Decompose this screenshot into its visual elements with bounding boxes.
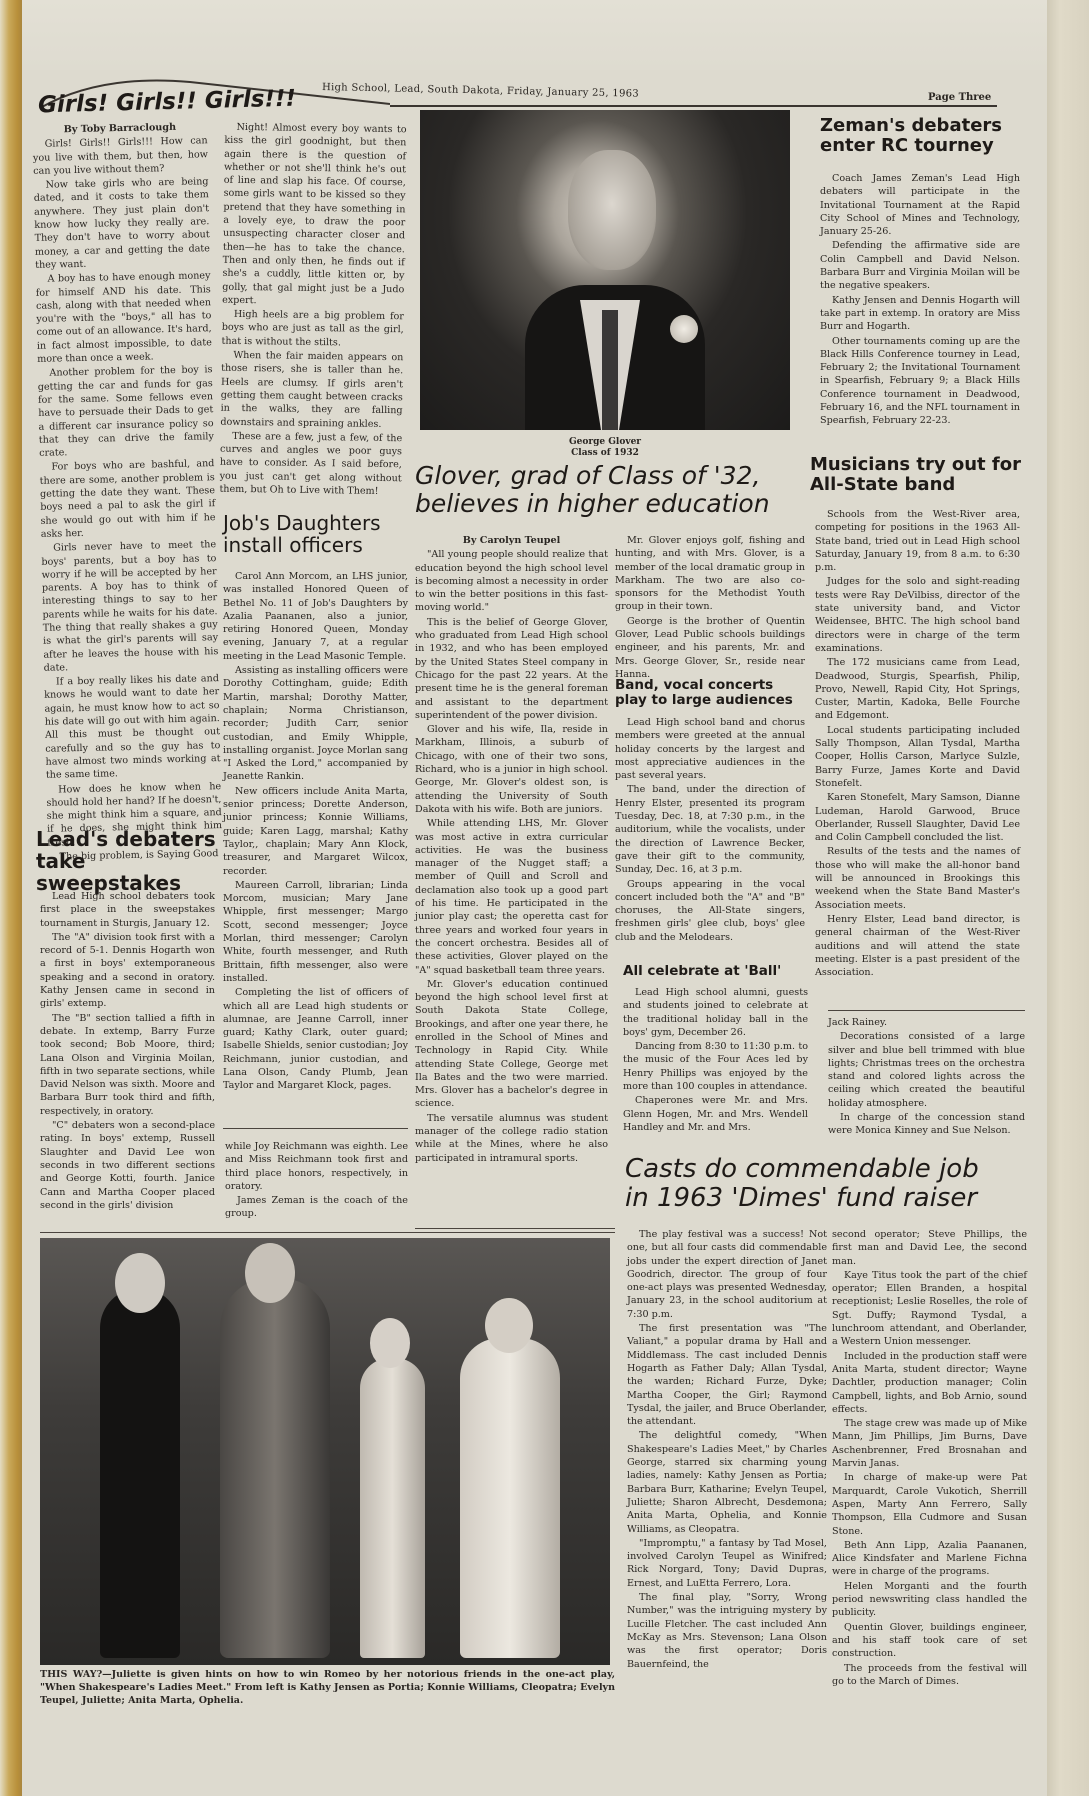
paragraph: Groups appearing in the vocal concert in…: [615, 878, 805, 944]
paragraph: Local students participating included Sa…: [815, 724, 1020, 790]
caption-lead: THIS WAY?: [40, 1669, 102, 1680]
paragraph: The stage crew was made up of Mike Mann,…: [832, 1417, 1027, 1470]
paragraph: Glover and his wife, Ila, reside in Mark…: [415, 723, 608, 816]
paragraph: Mr. Glover enjoys golf, fishing and hunt…: [615, 534, 805, 614]
paragraph: Dancing from 8:30 to 11:30 p.m. to the m…: [623, 1040, 808, 1093]
paragraph: Another problem for the boy is getting t…: [37, 364, 214, 461]
glover-headline-line-1: Glover, grad of Class of '32,: [415, 462, 815, 490]
paragraph: Helen Morganti and the fourth period new…: [832, 1580, 1027, 1620]
caption-class: Class of 1932: [540, 448, 670, 459]
paragraph: Results of the tests and the names of th…: [815, 845, 1020, 911]
paragraph: second operator; Steve Phillips, the fir…: [832, 1228, 1027, 1268]
paragraph: In charge of make-up were Pat Marquardt,…: [832, 1471, 1027, 1537]
paragraph: Night! Almost every boy wants to kiss th…: [222, 121, 407, 310]
jobs-daughters-body: Carol Ann Morcom, an LHS junior, was ins…: [223, 570, 408, 1094]
debaters-sweepstakes-column-2: while Joy Reichmann was eighth. Lee and …: [225, 1140, 408, 1222]
paragraph: "All young people should realize that ed…: [415, 548, 608, 614]
glover-byline: By Carolyn Teupel: [415, 534, 608, 547]
paragraph: Included in the production staff were An…: [832, 1350, 1027, 1416]
paragraph: Quentin Glover, buildings engineer, and …: [832, 1621, 1027, 1661]
girls-column-2: Night! Almost every boy wants to kiss th…: [219, 121, 406, 500]
paragraph: Kaye Titus took the part of the chief op…: [832, 1269, 1027, 1349]
paragraph: The first presentation was "The Valiant,…: [627, 1322, 827, 1428]
girls-column-1: By Toby Barraclough Girls! Girls!! Girls…: [32, 120, 222, 865]
paragraph: James Zeman is the coach of the group.: [225, 1194, 408, 1221]
casts-column-2: second operator; Steve Phillips, the fir…: [832, 1228, 1027, 1689]
paragraph: Kathy Jensen and Dennis Hogarth will tak…: [820, 294, 1020, 334]
section-divider: [828, 1010, 1025, 1011]
paragraph: Carol Ann Morcom, an LHS junior, was ins…: [223, 570, 408, 663]
glover-column-1: By Carolyn Teupel "All young people shou…: [415, 534, 608, 1166]
paragraph: The final play, "Sorry, Wrong Number," w…: [627, 1591, 827, 1671]
band-vocal-body: Lead High school band and chorus members…: [615, 716, 805, 945]
glover-photo-caption: George Glover Class of 1932: [540, 437, 670, 459]
paragraph: Now take girls who are being dated, and …: [33, 175, 210, 272]
page-top-margin: [22, 0, 1049, 70]
caption-name: George Glover: [540, 437, 670, 448]
zeman-debaters-headline: Zeman's debaters enter RC tourney: [820, 116, 1030, 156]
paragraph: High heels are a big problem for boys wh…: [221, 308, 404, 350]
figure-head: [485, 1298, 533, 1353]
paragraph: Girls never have to meet the boys' paren…: [41, 538, 219, 675]
paragraph: Karen Stonefelt, Mary Samson, Dianne Lud…: [815, 791, 1020, 844]
masthead-rule: [390, 105, 997, 107]
band-vocal-headline: Band, vocal concerts play to large audie…: [615, 678, 805, 708]
casts-column-1: The play festival was a success! Not one…: [627, 1228, 827, 1672]
zeman-debaters-body: Coach James Zeman's Lead High debaters w…: [820, 172, 1020, 429]
paragraph: Chaperones were Mr. and Mrs. Glenn Hogen…: [623, 1094, 808, 1134]
paragraph: Decorations consisted of a large silver …: [828, 1030, 1025, 1110]
section-divider: [40, 1232, 615, 1233]
paragraph: The "A" division took first with a recor…: [40, 931, 215, 1011]
paragraph: The band, under the direction of Henry E…: [615, 783, 805, 876]
ball-body: Lead High school alumni, guests and stud…: [623, 986, 808, 1135]
figure-head: [245, 1243, 295, 1303]
caption-text: —Juliette is given hints on how to win R…: [40, 1669, 615, 1706]
casts-headline: Casts do commendable job in 1963 'Dimes'…: [625, 1155, 1035, 1212]
paragraph: The delightful comedy, "When Shakespeare…: [627, 1429, 827, 1535]
paragraph: The "B" section tallied a fifth in debat…: [40, 1012, 215, 1118]
boutonniere-flower: [670, 315, 698, 343]
paragraph: Judges for the solo and sight-reading te…: [815, 575, 1020, 655]
figure-konnie-williams-robe: [220, 1278, 330, 1658]
paragraph: Completing the list of officers of which…: [223, 986, 408, 1092]
paragraph: "Impromptu," a fantasy by Tad Mosel, inv…: [627, 1537, 827, 1590]
figure-kathy-jensen: [100, 1288, 180, 1658]
adjacent-page-edge: [1047, 0, 1089, 1796]
figure-head: [370, 1318, 410, 1368]
paragraph: Other tournaments coming up are the Blac…: [820, 335, 1020, 428]
paragraph: Coach James Zeman's Lead High debaters w…: [820, 172, 1020, 238]
musicians-body: Schools from the West-River area, compet…: [815, 508, 1020, 980]
ball-headline: All celebrate at 'Ball': [623, 964, 813, 979]
casts-headline-line-1: Casts do commendable job: [625, 1155, 1035, 1184]
paragraph: Beth Ann Lipp, Azalia Paananen, Alice Ki…: [832, 1539, 1027, 1579]
paragraph: Lead High school band and chorus members…: [615, 716, 805, 782]
ball-body-continued: Jack Rainey. Decorations consisted of a …: [828, 1016, 1025, 1139]
section-divider: [223, 1128, 408, 1129]
figure-evelyn-teupel-dress: [360, 1358, 425, 1658]
glover-headline: Glover, grad of Class of '32, believes i…: [415, 462, 815, 517]
paragraph: The play festival was a success! Not one…: [627, 1228, 827, 1321]
tie-shape: [602, 310, 618, 430]
paragraph: The 172 musicians came from Lead, Deadwo…: [815, 656, 1020, 722]
paragraph: Assisting as installing officers were Do…: [223, 664, 408, 784]
paragraph: This is the belief of George Glover, who…: [415, 616, 608, 722]
play-cast-photo: [40, 1238, 610, 1665]
paragraph: George is the brother of Quentin Glover,…: [615, 615, 805, 681]
paragraph: Lead High school debaters took first pla…: [40, 890, 215, 930]
paragraph: New officers include Anita Marta, senior…: [223, 785, 408, 878]
paragraph: These are a few, just a few, of the curv…: [219, 430, 402, 499]
paragraph: When the fair maiden appears on those ri…: [220, 349, 403, 431]
paragraph: Mr. Glover's education continued beyond …: [415, 978, 608, 1111]
debaters-sweepstakes-column-1: Lead High school debaters took first pla…: [40, 890, 215, 1213]
page-number: Page Three: [928, 92, 991, 103]
paragraph: Maureen Carroll, librarian; Linda Morcom…: [223, 879, 408, 985]
page-binding-edge: [0, 0, 22, 1796]
paragraph: The versatile alumnus was student manage…: [415, 1112, 608, 1165]
paragraph: "C" debaters won a second-place rating. …: [40, 1119, 215, 1212]
paragraph: Girls! Girls!! Girls!!! How can you live…: [33, 135, 209, 179]
jobs-daughters-headline: Job's Daughters install officers: [223, 512, 408, 556]
glover-headline-line-2: believes in higher education: [415, 490, 815, 518]
play-photo-caption: THIS WAY?—Juliette is given hints on how…: [40, 1668, 615, 1707]
paragraph: while Joy Reichmann was eighth. Lee and …: [225, 1140, 408, 1193]
george-glover-portrait-photo: [420, 110, 790, 430]
casts-headline-line-2: in 1963 'Dimes' fund raiser: [625, 1184, 1035, 1213]
musicians-headline: Musicians try out for All-State band: [810, 455, 1025, 495]
paragraph: Lead High school alumni, guests and stud…: [623, 986, 808, 1039]
paragraph: Henry Elster, Lead band director, is gen…: [815, 913, 1020, 979]
figure-anita-marta-dress: [460, 1338, 560, 1658]
paragraph: While attending LHS, Mr. Glover was most…: [415, 817, 608, 977]
paragraph: For boys who are bashful, and there are …: [39, 458, 216, 541]
paragraph: Schools from the West-River area, compet…: [815, 508, 1020, 574]
paragraph: Defending the affirmative side are Colin…: [820, 239, 1020, 292]
paragraph: A boy has to have enough money for himse…: [35, 269, 212, 366]
debaters-sweepstakes-headline: Lead's debaters take sweepstakes: [36, 828, 216, 894]
paragraph: If a boy really likes his date and knows…: [44, 672, 221, 782]
glover-column-2: Mr. Glover enjoys golf, fishing and hunt…: [615, 534, 805, 682]
section-divider: [415, 1228, 615, 1229]
paragraph: Jack Rainey.: [828, 1016, 1025, 1029]
figure-head: [115, 1253, 165, 1313]
paragraph: The proceeds from the festival will go t…: [832, 1662, 1027, 1689]
paragraph: In charge of the concession stand were M…: [828, 1111, 1025, 1138]
face-shape: [568, 150, 656, 270]
